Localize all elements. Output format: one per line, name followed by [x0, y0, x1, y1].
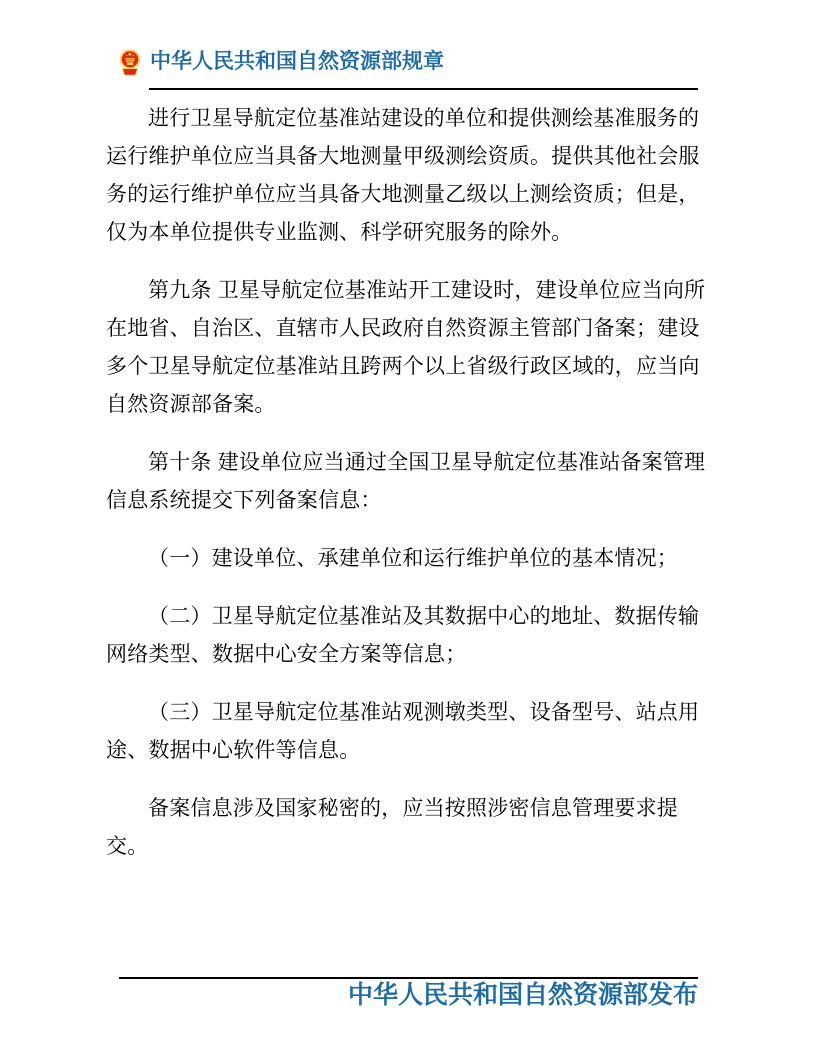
body-paragraph: 第九条 卫星导航定位基准站开工建设时，建设单位应当向所 在地省、自治区、直辖市人…	[106, 272, 706, 424]
body-paragraph: 备案信息涉及国家秘密的，应当按照涉密信息管理要求提 交。	[106, 790, 706, 866]
china-national-emblem-icon	[119, 49, 141, 76]
body-paragraph: （二）卫星导航定位基准站及其数据中心的地址、数据传输 网络类型、数据中心安全方案…	[106, 598, 706, 674]
body-paragraph: （三）卫星导航定位基准站观测墩类型、设备型号、站点用 途、数据中心软件等信息。	[106, 694, 706, 770]
body-paragraph: （一）建设单位、承建单位和运行维护单位的基本情况；	[106, 540, 706, 578]
document-body: 进行卫星导航定位基准站建设的单位和提供测绘基准服务的 运行维护单位应当具备大地测…	[106, 100, 706, 886]
footer-rule	[119, 977, 698, 979]
document-page: 中华人民共和国自然资源部规章 进行卫星导航定位基准站建设的单位和提供测绘基准服务…	[0, 0, 816, 1056]
document-footer-publisher: 中华人民共和国自然资源部发布	[348, 980, 698, 1010]
body-paragraph: 第十条 建设单位应当通过全国卫星导航定位基准站备案管理 信息系统提交下列备案信息…	[106, 444, 706, 520]
header-rule	[149, 88, 698, 90]
body-paragraph: 进行卫星导航定位基准站建设的单位和提供测绘基准服务的 运行维护单位应当具备大地测…	[106, 100, 706, 252]
document-header-title: 中华人民共和国自然资源部规章	[150, 50, 444, 74]
